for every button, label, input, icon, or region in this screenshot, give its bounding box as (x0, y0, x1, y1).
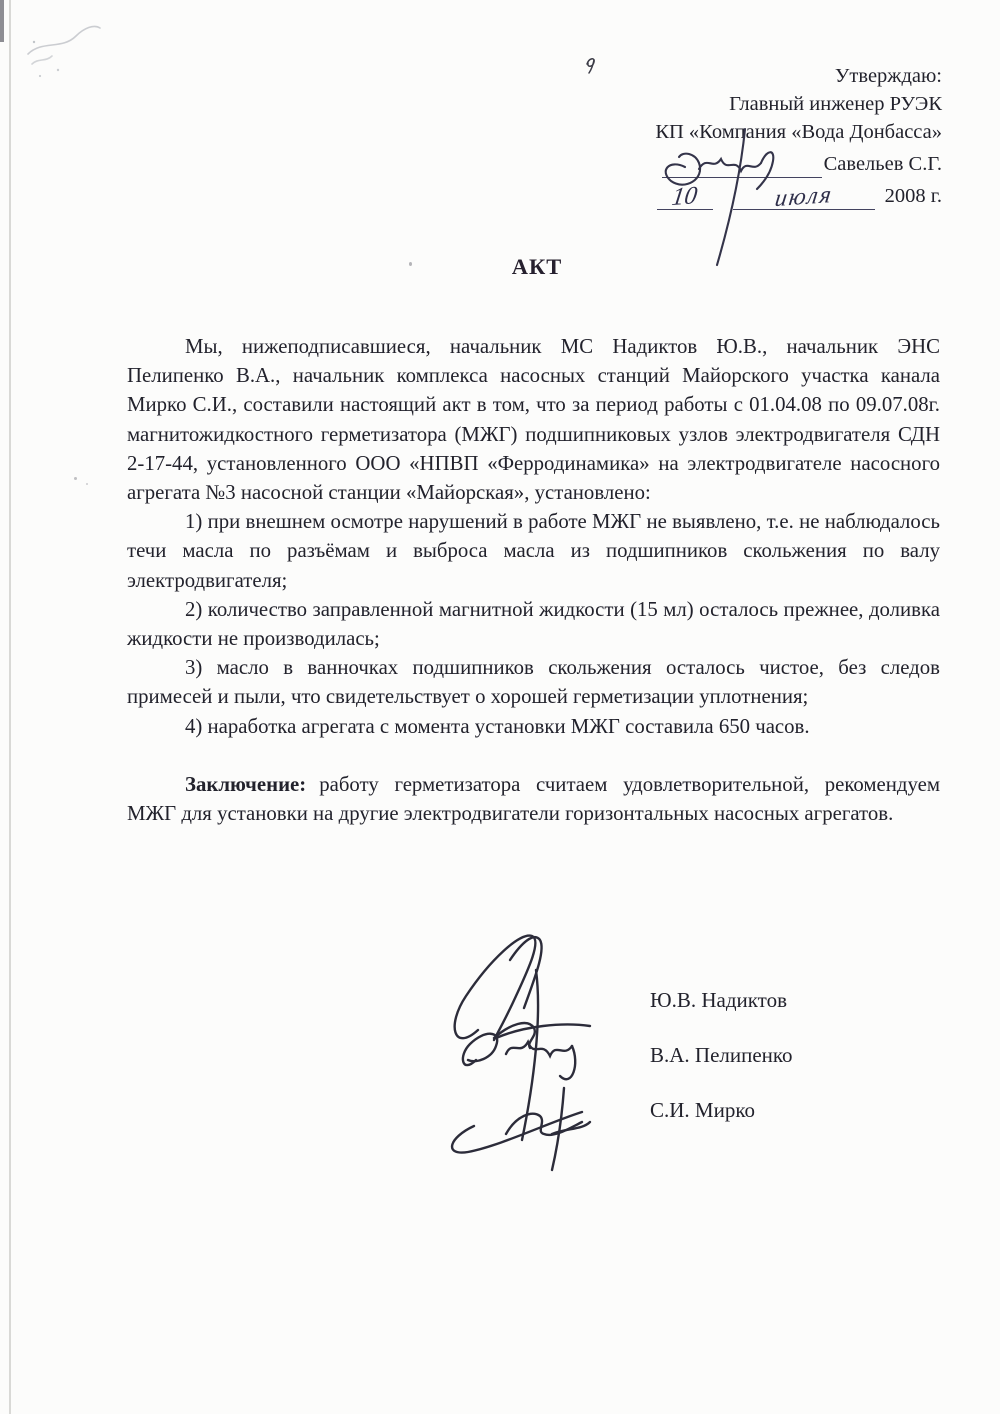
dust-speck (86, 483, 88, 485)
finding-item-1: 1) при внешнем осмотре нарушений в работ… (127, 507, 940, 595)
chief-engineer-signature (645, 125, 835, 270)
finding-item-2: 2) количество заправленной магнитной жид… (127, 595, 940, 653)
signatory-name-pelipenko: В.А. Пелипенко (650, 1041, 793, 1070)
document-title: АКТ (0, 254, 1000, 280)
signatory-name-nadiktov: Ю.В. Надиктов (650, 986, 793, 1015)
finding-item-4: 4) наработка агрегата с момента установк… (127, 712, 940, 741)
signature-pelipenko (463, 1025, 590, 1080)
signatories-list: Ю.В. Надиктов В.А. Пелипенко С.И. Мирко (650, 986, 793, 1151)
approval-line-position: Главный инженер РУЭК (522, 90, 942, 118)
dust-speck (74, 477, 77, 480)
signatures-ink-group (440, 930, 660, 1190)
finding-item-3: 3) масло в ванночках подшипников скольже… (127, 653, 940, 711)
signatory-name-mirko: С.И. Мирко (650, 1096, 793, 1125)
approval-signee-name: Савельев С.Г. (824, 150, 942, 178)
conclusion-paragraph: Заключение:работу герметизатора считаем … (127, 770, 940, 828)
approval-line-approve: Утверждаю: (522, 62, 942, 90)
document-page: Утверждаю: Главный инженер РУЭК КП «Комп… (0, 0, 1000, 1414)
document-body: Мы, нижеподписавшиеся, начальник МС Нади… (127, 332, 940, 828)
intro-paragraph: Мы, нижеподписавшиеся, начальник МС Нади… (127, 332, 940, 507)
pencil-scribble-mark (18, 12, 128, 82)
conclusion-label: Заключение: (185, 773, 306, 796)
scan-corner-artifact (0, 0, 4, 42)
scan-edge-line (9, 0, 11, 1414)
approval-year: 2008 г. (885, 182, 942, 210)
signature-mirko (452, 1088, 590, 1170)
